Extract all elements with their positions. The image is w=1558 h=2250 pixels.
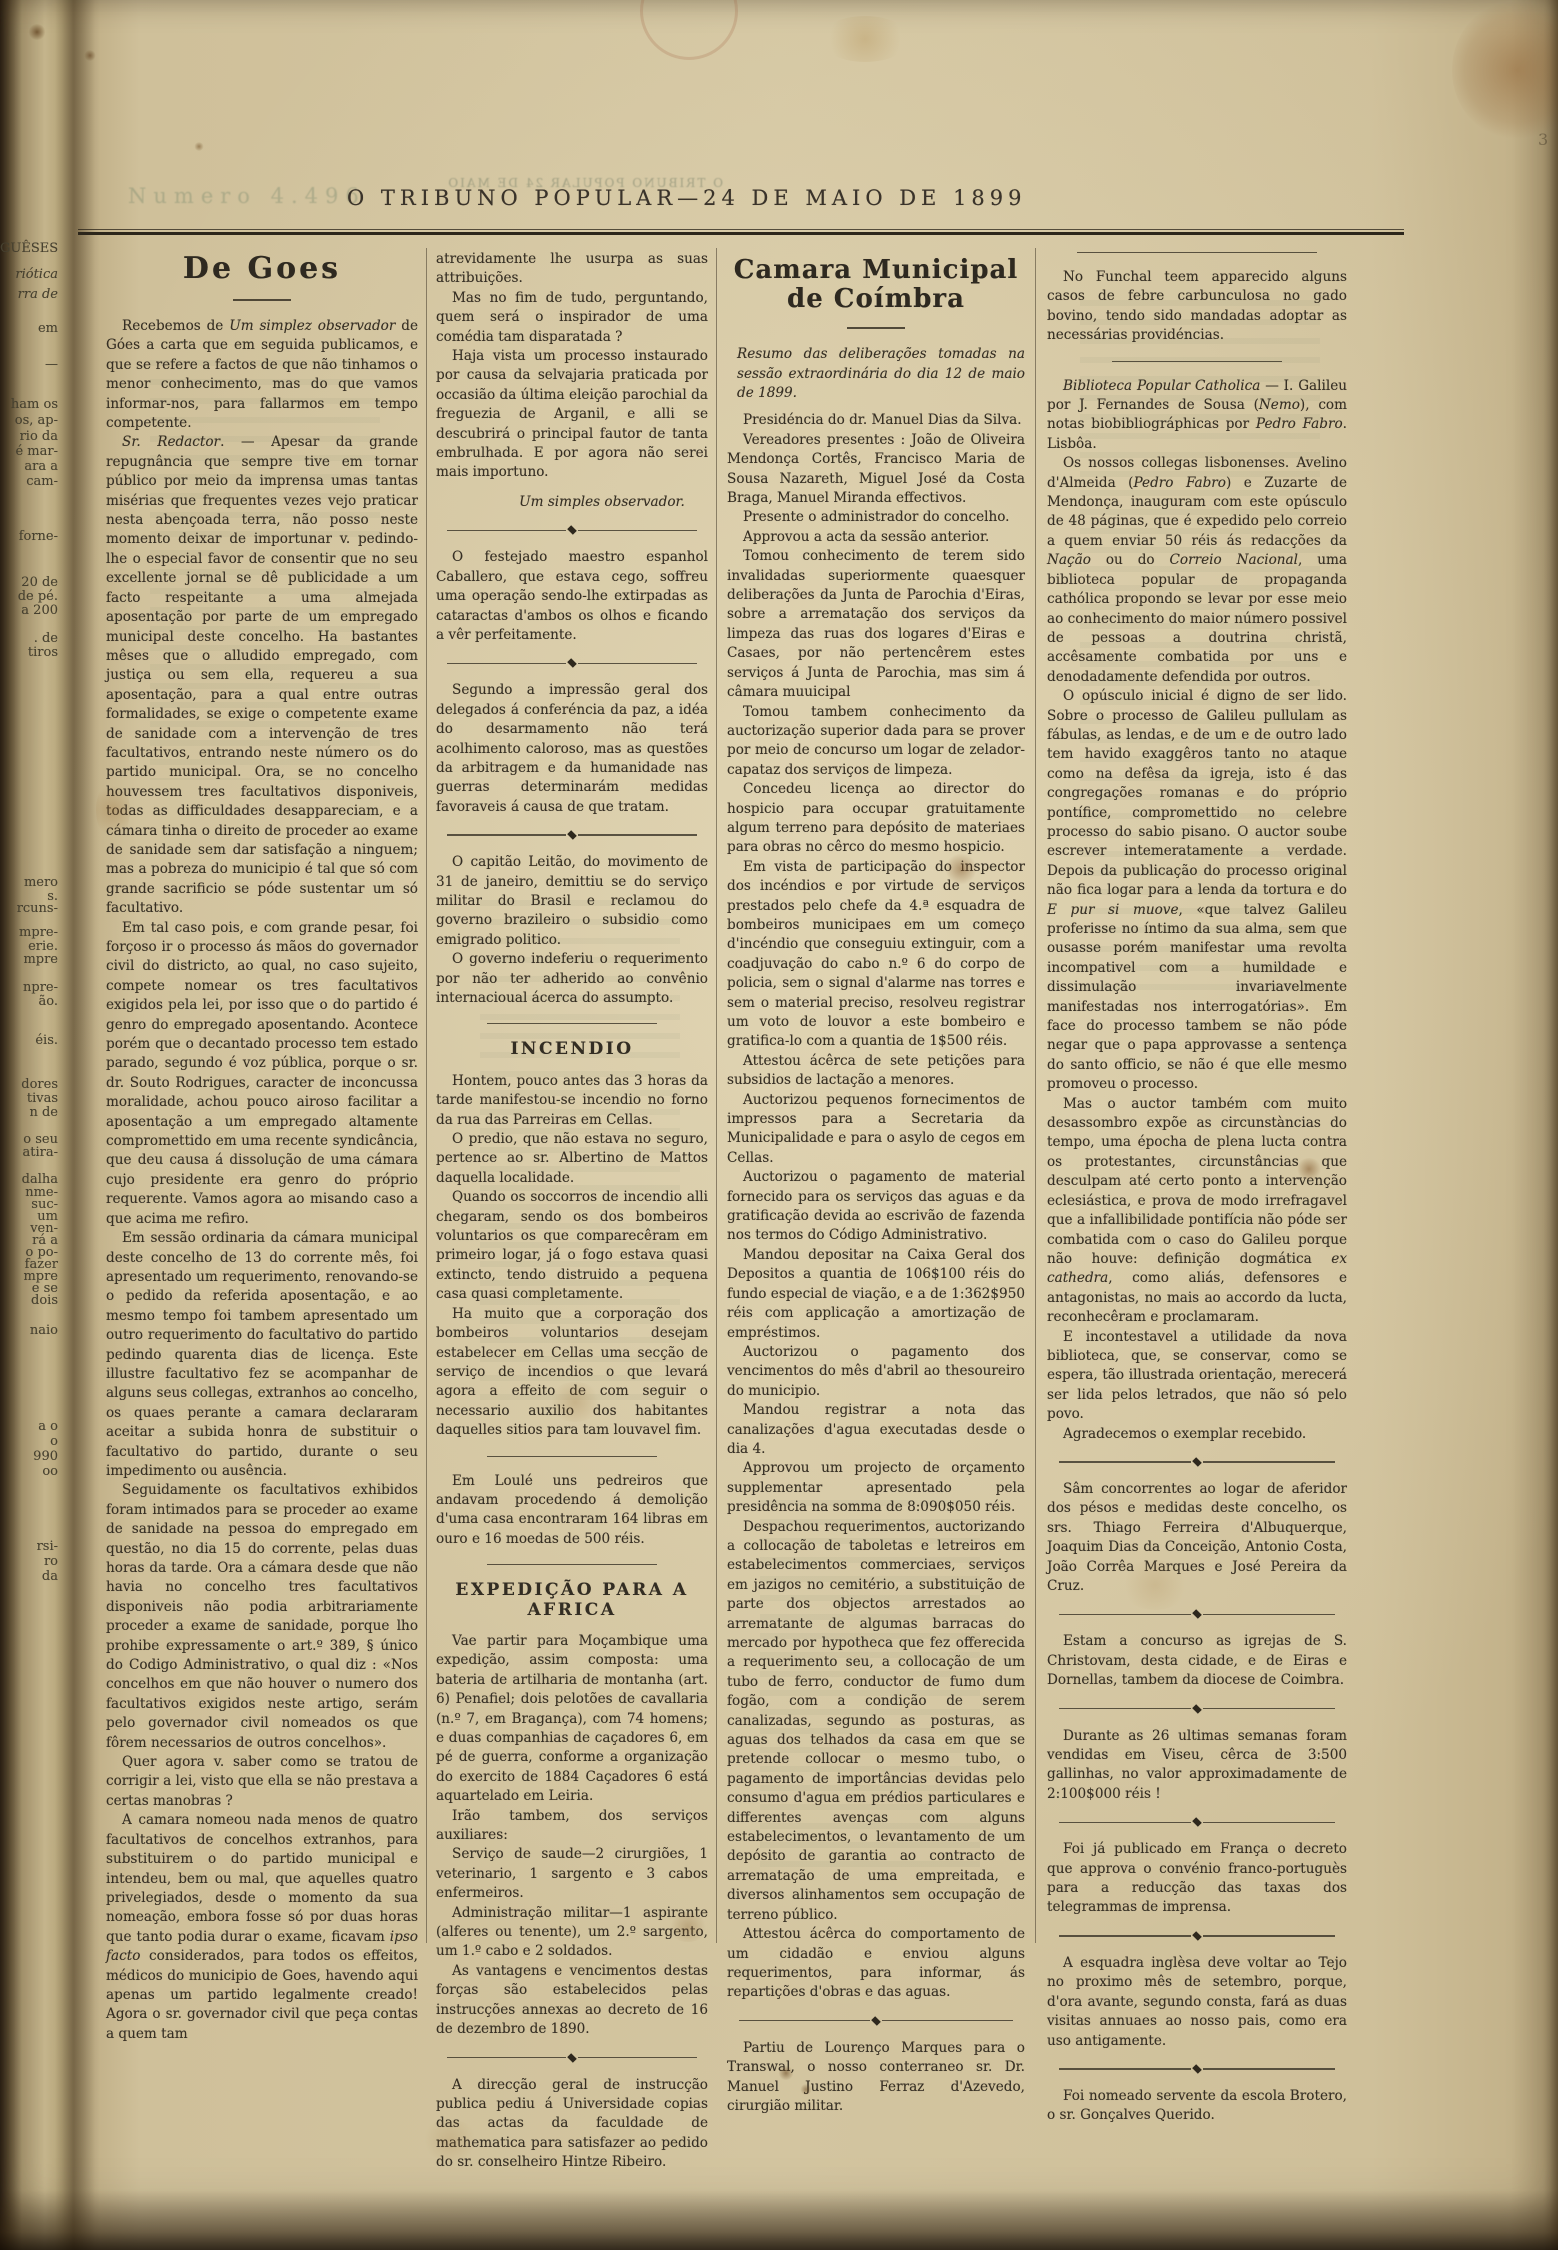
column-rule xyxy=(426,248,427,1943)
paragraph: Quer agora v. saber como se tratou de co… xyxy=(106,1753,418,1811)
adjacent-page-text-fragment: rcuns- xyxy=(0,902,58,915)
line-separator xyxy=(487,1023,657,1024)
paragraph: Segundo a impressão geral dos delegados … xyxy=(436,681,708,817)
paragraph: Administração militar—1 aspirante (alfer… xyxy=(436,1904,708,1962)
column-3: Camara Municipal de CoímbraResumo das de… xyxy=(727,250,1025,2116)
paragraph: Approvou um projecto de orçamento supple… xyxy=(727,1459,1025,1517)
paragraph: Mas no fim de tudo, perguntando, quem se… xyxy=(436,289,708,347)
stain xyxy=(1452,0,1558,140)
adjacent-page-text-fragment: oo xyxy=(0,1465,58,1478)
paragraph: atrevidamente lhe usurpa as suas attribu… xyxy=(436,250,708,289)
paragraph: Sâm concorrentes ao logar de aferidor do… xyxy=(1047,1480,1347,1596)
adjacent-page-text-fragment: — xyxy=(0,358,58,371)
paragraph: Vae partir para Moçambique uma expedição… xyxy=(436,1632,708,1807)
paragraph: Mandou registrar a nota das canalizações… xyxy=(727,1401,1025,1459)
adjacent-page-text-fragment: rra de xyxy=(0,288,58,301)
diamond-separator xyxy=(447,526,697,534)
adjacent-page-text-fragment: cam- xyxy=(0,475,58,488)
adjacent-page-text-fragment: forne- xyxy=(0,530,58,543)
adjacent-page-text-fragment: rsi- xyxy=(0,1540,58,1553)
adjacent-page-text-fragment: a 200 xyxy=(0,604,58,617)
paragraph: Auctorizou pequenos fornecimentos de imp… xyxy=(727,1091,1025,1169)
article-heading-de-goes: De Goes xyxy=(106,252,418,285)
adjacent-page-text-fragment: mpre- xyxy=(0,926,58,939)
adjacent-page-text-fragment: os, ap- xyxy=(0,414,58,427)
issue-number-ghost: Numero 4.496 xyxy=(128,184,366,208)
paragraph: Irão tambem, dos serviços auxiliares: xyxy=(436,1807,708,1846)
paragraph: Em tal caso pois, e com grande pesar, fo… xyxy=(106,919,418,1230)
adjacent-page-text-fragment: . de xyxy=(0,632,58,645)
paragraph: As vantagens e vencimentos destas forças… xyxy=(436,1962,708,2040)
column-2: atrevidamente lhe usurpa as suas attribu… xyxy=(436,250,708,2173)
paragraph: Estam a concurso as igrejas de S. Christ… xyxy=(1047,1632,1347,1690)
page-edge-right xyxy=(1544,0,1558,2250)
paragraph: Biblioteca Popular Catholica — I. Galile… xyxy=(1047,377,1347,455)
adjacent-page-text-fragment: em xyxy=(0,322,58,335)
paragraph: Ha muito que a corporação dos bombeiros … xyxy=(436,1305,708,1441)
paragraph: Foi já publicado em França o decreto que… xyxy=(1047,1840,1347,1918)
masthead-rule xyxy=(78,229,1404,236)
paragraph: O governo indeferiu o requerimento por n… xyxy=(436,950,708,1008)
diamond-ornament xyxy=(567,525,577,535)
paragraph: Durante as 26 ultimas semanas foram vend… xyxy=(1047,1727,1347,1805)
adjacent-page-text-fragment: tiros xyxy=(0,646,58,659)
diamond-ornament xyxy=(1192,1817,1202,1827)
column-rule xyxy=(716,248,717,1943)
diamond-ornament xyxy=(1192,1457,1202,1467)
adjacent-page-text-fragment: o xyxy=(0,1435,58,1448)
line-separator xyxy=(487,1456,657,1457)
adjacent-page-text-fragment: tivas xyxy=(0,1092,58,1105)
article-heading-incendio: INCENDIO xyxy=(436,1040,708,1059)
adjacent-page-text-fragment: ham os xyxy=(0,398,58,411)
page-edge-bottom xyxy=(0,2190,1558,2250)
article-heading-camara: Camara Municipal de Coímbra xyxy=(727,256,1025,313)
paragraph: E incontestavel a utilidade da nova bibl… xyxy=(1047,1328,1347,1425)
diamond-ornament xyxy=(1192,1931,1202,1941)
adjacent-page-text-fragment: riótica xyxy=(0,268,58,281)
paragraph: Mandou depositar na Caixa Geral dos Depo… xyxy=(727,1246,1025,1343)
article-heading-expedicao: EXPEDIÇÃO PARA A AFRICA xyxy=(436,1581,708,1620)
paragraph: No Funchal teem apparecido alguns casos … xyxy=(1047,268,1347,346)
adjacent-page-text-fragment: GUÊSES xyxy=(0,242,58,255)
adjacent-page-text-fragment: dois xyxy=(0,1294,58,1307)
adjacent-page-text-fragment: é mar- xyxy=(0,445,58,458)
paragraph: Em vista de participação do inspector do… xyxy=(727,858,1025,1052)
column-rule xyxy=(1035,248,1036,1943)
paragraph: Attestou ácêrca de sete petições para su… xyxy=(727,1052,1025,1091)
line-separator xyxy=(1112,361,1282,362)
diamond-separator xyxy=(1059,1610,1335,1618)
paragraph: Partiu de Lourenço Marques para o Transw… xyxy=(727,2039,1025,2117)
line-separator xyxy=(1077,252,1317,253)
adjacent-page-text-fragment: dores xyxy=(0,1078,58,1091)
adjacent-page-text-fragment: ão. xyxy=(0,995,58,1008)
paragraph: A direcção geral de instrucção publica p… xyxy=(436,2076,708,2173)
paragraph: Presidéncia do dr. Manuel Dias da Silva. xyxy=(727,411,1025,430)
adjacent-page-text-fragment: da xyxy=(0,1570,58,1583)
paragraph: A esquadra inglèsa deve voltar ao Tejo n… xyxy=(1047,1954,1347,2051)
stain xyxy=(820,16,910,62)
diamond-ornament xyxy=(1192,1610,1202,1620)
diamond-ornament xyxy=(871,2016,881,2026)
diamond-separator xyxy=(1059,1458,1335,1466)
diamond-ornament xyxy=(567,659,577,669)
diamond-ornament xyxy=(567,2053,577,2063)
diamond-separator xyxy=(447,2054,697,2062)
article-subheading: Resumo das deliberações tomadas na sessã… xyxy=(727,345,1025,403)
paragraph: Attestou ácêrca do comportamento de um c… xyxy=(727,1925,1025,2003)
diamond-separator xyxy=(447,831,697,839)
column-4: No Funchal teem apparecido alguns casos … xyxy=(1047,250,1347,2126)
diamond-separator xyxy=(1059,1705,1335,1713)
dash-separator xyxy=(847,327,905,329)
paragraph: Mas o auctor também com muito desassombr… xyxy=(1047,1095,1347,1328)
diamond-separator xyxy=(1059,2065,1335,2073)
adjacent-page-text-fragment: naio xyxy=(0,1324,58,1337)
dash-separator xyxy=(233,299,291,301)
adjacent-page-text-fragment: 990 xyxy=(0,1450,58,1463)
paragraph: Approvou a acta da sessão anterior. xyxy=(727,528,1025,547)
paragraph: Hontem, pouco antes das 3 horas da tarde… xyxy=(436,1072,708,1130)
gutter-crease xyxy=(55,0,100,2250)
paragraph: O capitão Leitão, do movimento de 31 de … xyxy=(436,853,708,950)
adjacent-page-text-fragment: mpre xyxy=(0,953,58,966)
ink-stamp-ring xyxy=(640,0,738,60)
line-separator xyxy=(487,1564,657,1565)
stain xyxy=(194,142,204,151)
signature: Um simples observador. xyxy=(436,493,708,512)
adjacent-page-text-fragment: ara a xyxy=(0,460,58,473)
paragraph: Sr. Redactor. — Apesar da grande repugnâ… xyxy=(106,433,418,918)
paragraph: Os nossos collegas lisbonenses. Avelino … xyxy=(1047,454,1347,687)
paragraph: O festejado maestro espanhol Caballero, … xyxy=(436,548,708,645)
diamond-separator xyxy=(739,2017,1013,2025)
paragraph: Despachou requerimentos, auctorizando a … xyxy=(727,1518,1025,1926)
column-1: De GoesRecebemos de Um simplez observado… xyxy=(106,250,418,2044)
paragraph: Presente o administrador do concelho. xyxy=(727,508,1025,527)
paragraph: Recebemos de Um simplez observador de Gó… xyxy=(106,317,418,433)
paragraph: Vereadores presentes : João de Oliveira … xyxy=(727,431,1025,509)
adjacent-page-text-fragment: n de xyxy=(0,1106,58,1119)
paragraph: O predio, que não estava no seguro, pert… xyxy=(436,1130,708,1188)
diamond-separator xyxy=(447,659,697,667)
newspaper-page: Numero 4.496 O TRIBUNO POPULAR 24 DE MAI… xyxy=(0,0,1558,2250)
adjacent-page-text-fragment: npre- xyxy=(0,981,58,994)
adjacent-page-text-fragment: ro xyxy=(0,1555,58,1568)
paragraph: Quando os soccorros de incendio alli che… xyxy=(436,1188,708,1304)
paragraph: A camara nomeou nada menos de quatro fac… xyxy=(106,1811,418,2044)
diamond-ornament xyxy=(567,830,577,840)
paragraph: Em sessão ordinaria da cámara municipal … xyxy=(106,1229,418,1481)
paragraph: Haja vista um processo instaurado por ca… xyxy=(436,347,708,483)
paragraph: Concedeu licença ao director do hospicio… xyxy=(727,780,1025,858)
adjacent-page-text-fragment: rio da xyxy=(0,430,58,443)
diamond-ornament xyxy=(1192,1704,1202,1714)
adjacent-page-text-fragment: éis. xyxy=(0,1034,58,1047)
paragraph: Serviço de saude—2 cirurgiões, 1 veterin… xyxy=(436,1845,708,1903)
paragraph: Seguidamente os facultativos exhibidos f… xyxy=(106,1481,418,1753)
adjacent-page-text-fragment: atira- xyxy=(0,1146,58,1159)
paragraph: O opúsculo inicial é digno de ser lido. … xyxy=(1047,687,1347,1095)
paragraph: Em Loulé uns pedreiros que andavam proce… xyxy=(436,1472,708,1550)
paragraph: Tomou tambem conhecimento da auctorizaçã… xyxy=(727,703,1025,781)
adjacent-page-text-fragment: a o xyxy=(0,1420,58,1433)
adjacent-page-text-fragment: 20 de xyxy=(0,576,58,589)
diamond-separator xyxy=(1059,1932,1335,1940)
paragraph: Foi nomeado servente da escola Brotero, … xyxy=(1047,2087,1347,2126)
diamond-separator xyxy=(1059,1818,1335,1826)
paragraph: Auctorizou o pagamento de material forne… xyxy=(727,1168,1025,1246)
paragraph: Auctorizou o pagamento dos vencimentos d… xyxy=(727,1343,1025,1401)
adjacent-page-text-fragment: mero xyxy=(0,876,58,889)
stain xyxy=(28,24,46,40)
paragraph: Agradecemos o exemplar recebido. xyxy=(1047,1425,1347,1444)
masthead-dateline: O TRIBUNO POPULAR—24 DE MAIO DE 1899 xyxy=(347,186,1047,210)
paragraph: Tomou conhecimento de terem sido invalid… xyxy=(727,547,1025,702)
diamond-ornament xyxy=(1192,2064,1202,2074)
adjacent-page-text-fragment: de pé. xyxy=(0,590,58,603)
